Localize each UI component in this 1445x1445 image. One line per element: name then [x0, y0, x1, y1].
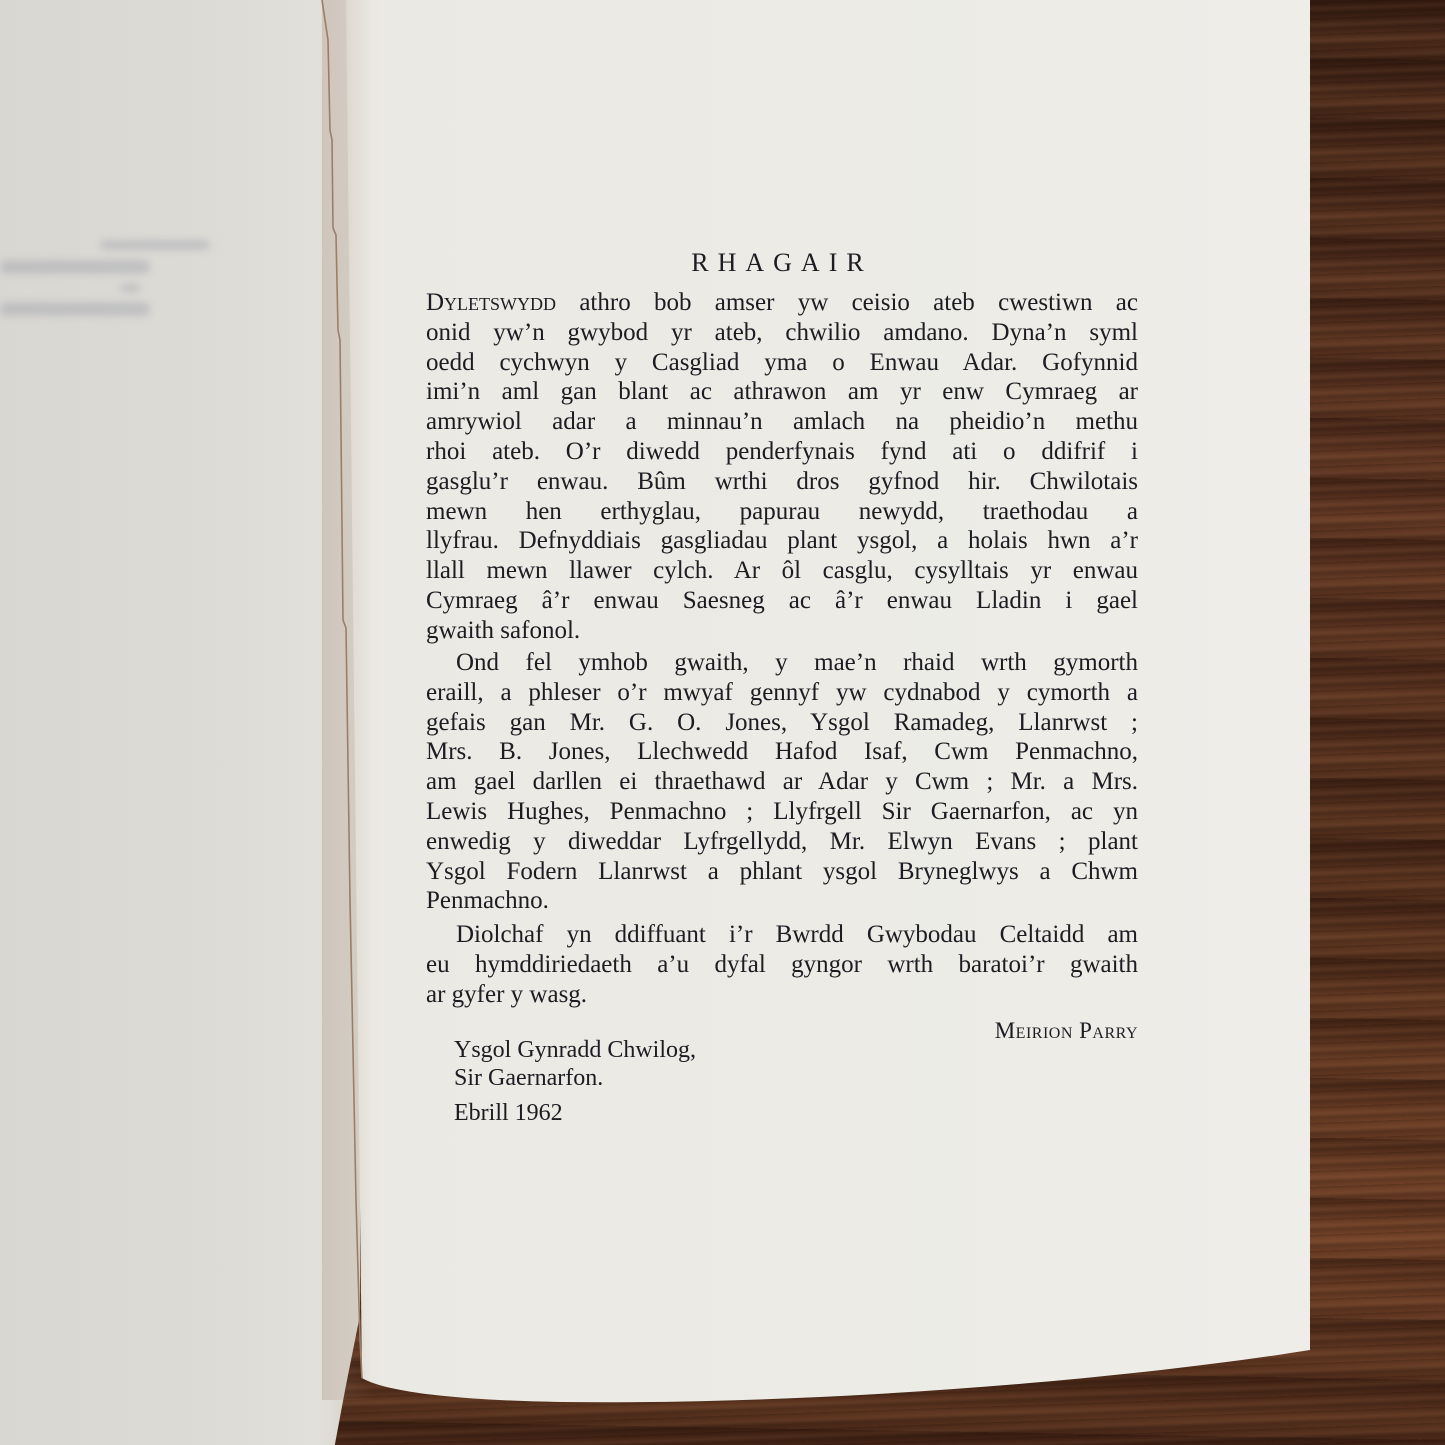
- text-line: gefais gan Mr. G. O. Jones, Ysgol Ramade…: [426, 708, 1138, 738]
- text-line: Diolchaf yn ddiffuant i’r Bwrdd Gwybodau…: [426, 920, 1138, 950]
- text-line: Dyletswydd athro bob amser yw ceisio ate…: [426, 288, 1138, 318]
- text-line: Mrs. B. Jones, Llechwedd Hafod Isaf, Cwm…: [426, 737, 1138, 767]
- text-line: enwedig y diweddar Lyfrgellydd, Mr. Elwy…: [426, 827, 1138, 857]
- text-line: llall mewn llawer cylch. Ar ôl casglu, c…: [426, 556, 1138, 586]
- page-title: RHAGAIR: [426, 248, 1138, 278]
- text-line: amrywiol adar a minnau’n amlach na pheid…: [426, 407, 1138, 437]
- text-line: imi’n aml gan blant ac athrawon am yr en…: [426, 377, 1138, 407]
- text-line: Lewis Hughes, Penmachno ; Llyfrgell Sir …: [426, 797, 1138, 827]
- gutter-shadow: [322, 0, 372, 1400]
- text-line: gasglu’r enwau. Bûm wrthi dros gyfnod hi…: [426, 467, 1138, 497]
- paragraph-3: Diolchaf yn ddiffuant i’r Bwrdd Gwybodau…: [426, 920, 1138, 1009]
- paragraph-1: Dyletswydd athro bob amser yw ceisio ate…: [426, 288, 1138, 646]
- text-line: eu hymddiriedaeth a’u dyfal gyngor wrth …: [426, 950, 1138, 980]
- text-line: Ysgol Fodern Llanrwst a phlant ysgol Bry…: [426, 857, 1138, 887]
- text-line: am gael darllen ei thraethawd ar Adar y …: [426, 767, 1138, 797]
- show-through-text: [0, 230, 160, 360]
- author-signature: Meirion Parry: [995, 1018, 1138, 1044]
- text-line: onid yw’n gwybod yr ateb, chwilio amdano…: [426, 318, 1138, 348]
- text-line: rhoi ateb. O’r diwedd penderfynais fynd …: [426, 437, 1138, 467]
- text-line: Cymraeg â’r enwau Saesneg ac â’r enwau L…: [426, 586, 1138, 616]
- text-line: gwaith safonol.: [426, 616, 1138, 646]
- address-line: Sir Gaernarfon.: [454, 1064, 696, 1092]
- text-line: Penmachno.: [426, 886, 1138, 916]
- date: Ebrill 1962: [454, 1100, 563, 1127]
- lead-word-small-caps: Dyletswydd: [426, 289, 556, 316]
- text-line: llyfrau. Defnyddiais gasgliadau plant ys…: [426, 526, 1138, 556]
- text-line: ar gyfer y wasg.: [426, 980, 1138, 1010]
- left-page: [0, 0, 360, 1445]
- paragraph-2: Ond fel ymhob gwaith, y mae’n rhaid wrth…: [426, 648, 1138, 916]
- text-line: Ond fel ymhob gwaith, y mae’n rhaid wrth…: [426, 648, 1138, 678]
- address-block: Ysgol Gynradd Chwilog, Sir Gaernarfon.: [454, 1036, 696, 1092]
- address-line: Ysgol Gynradd Chwilog,: [454, 1036, 696, 1064]
- text-line: oedd cychwyn y Casgliad yma o Enwau Adar…: [426, 348, 1138, 378]
- text-line: mewn hen erthyglau, papurau newydd, trae…: [426, 497, 1138, 527]
- text-line: eraill, a phleser o’r mwyaf gennyf yw cy…: [426, 678, 1138, 708]
